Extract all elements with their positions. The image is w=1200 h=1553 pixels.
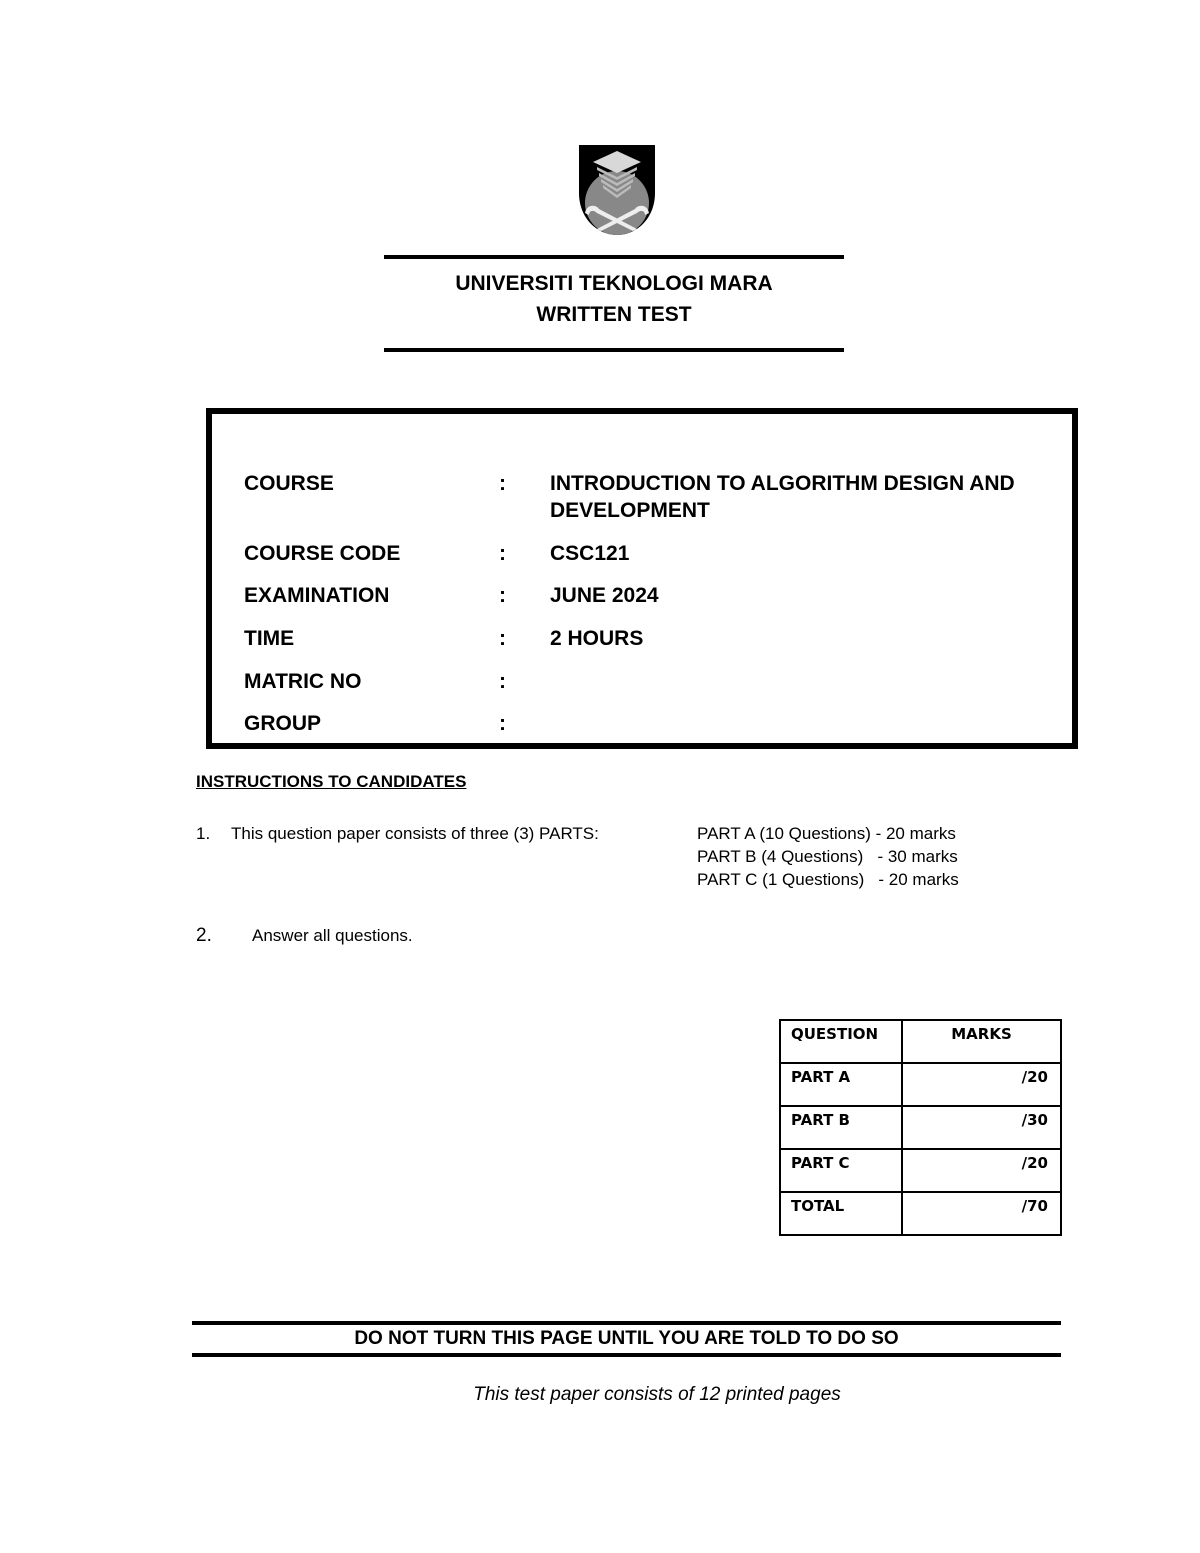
instruction-number: 1. (196, 822, 210, 845)
instructions-title: INSTRUCTIONS TO CANDIDATES (196, 772, 466, 792)
info-label: GROUP (244, 710, 321, 737)
footer-rule-bottom (192, 1353, 1061, 1357)
header-rule-bottom (384, 348, 844, 352)
question-cell: PART C (780, 1149, 902, 1192)
university-name: UNIVERSITI TEKNOLOGI MARA (384, 272, 844, 296)
part-a-line: PART A (10 Questions) - 20 marks (697, 822, 959, 845)
course-title: INTRODUCTION TO ALGORITHM DESIGN AND DEV… (550, 470, 1050, 524)
info-colon: : (499, 540, 506, 567)
info-colon: : (499, 668, 506, 695)
marks-cell: /30 (902, 1106, 1061, 1149)
instruction-text: Answer all questions. (252, 924, 413, 947)
part-c-line: PART C (1 Questions) - 20 marks (697, 868, 959, 891)
info-colon: : (499, 582, 506, 609)
table-header: MARKS (902, 1020, 1061, 1063)
test-type-title: WRITTEN TEST (384, 303, 844, 327)
question-cell: TOTAL (780, 1192, 902, 1235)
table-row: PART A /20 (780, 1063, 1061, 1106)
marks-table: QUESTION MARKS PART A /20 PART B /30 PAR… (779, 1019, 1062, 1236)
info-label: COURSE (244, 470, 334, 497)
examination-date: JUNE 2024 (550, 582, 1050, 609)
info-colon: : (499, 470, 506, 497)
header-rule-top (384, 255, 844, 259)
marks-cell: /20 (902, 1063, 1061, 1106)
course-code: CSC121 (550, 540, 1050, 567)
info-label: COURSE CODE (244, 540, 400, 567)
do-not-turn-warning: DO NOT TURN THIS PAGE UNTIL YOU ARE TOLD… (192, 1328, 1061, 1350)
marks-cell: /70 (902, 1192, 1061, 1235)
parts-breakdown: PART A (10 Questions) - 20 marks PART B … (697, 822, 959, 891)
info-label: MATRIC NO (244, 668, 361, 695)
footer-rule-top (192, 1321, 1061, 1325)
question-cell: PART B (780, 1106, 902, 1149)
table-row: TOTAL /70 (780, 1192, 1061, 1235)
info-colon: : (499, 710, 506, 737)
marks-cell: /20 (902, 1149, 1061, 1192)
table-header-row: QUESTION MARKS (780, 1020, 1061, 1063)
university-crest-icon (577, 143, 657, 237)
table-header: QUESTION (780, 1020, 902, 1063)
info-label: EXAMINATION (244, 582, 389, 609)
instruction-text: This question paper consists of three (3… (231, 822, 599, 845)
table-row: PART C /20 (780, 1149, 1061, 1192)
info-label: TIME (244, 625, 294, 652)
question-cell: PART A (780, 1063, 902, 1106)
page-count-note: This test paper consists of 12 printed p… (192, 1384, 1122, 1406)
table-row: PART B /30 (780, 1106, 1061, 1149)
instruction-number: 2. (196, 924, 212, 947)
part-b-line: PART B (4 Questions) - 30 marks (697, 845, 959, 868)
info-colon: : (499, 625, 506, 652)
exam-duration: 2 HOURS (550, 625, 1050, 652)
exam-info-box: COURSE : INTRODUCTION TO ALGORITHM DESIG… (206, 408, 1078, 749)
